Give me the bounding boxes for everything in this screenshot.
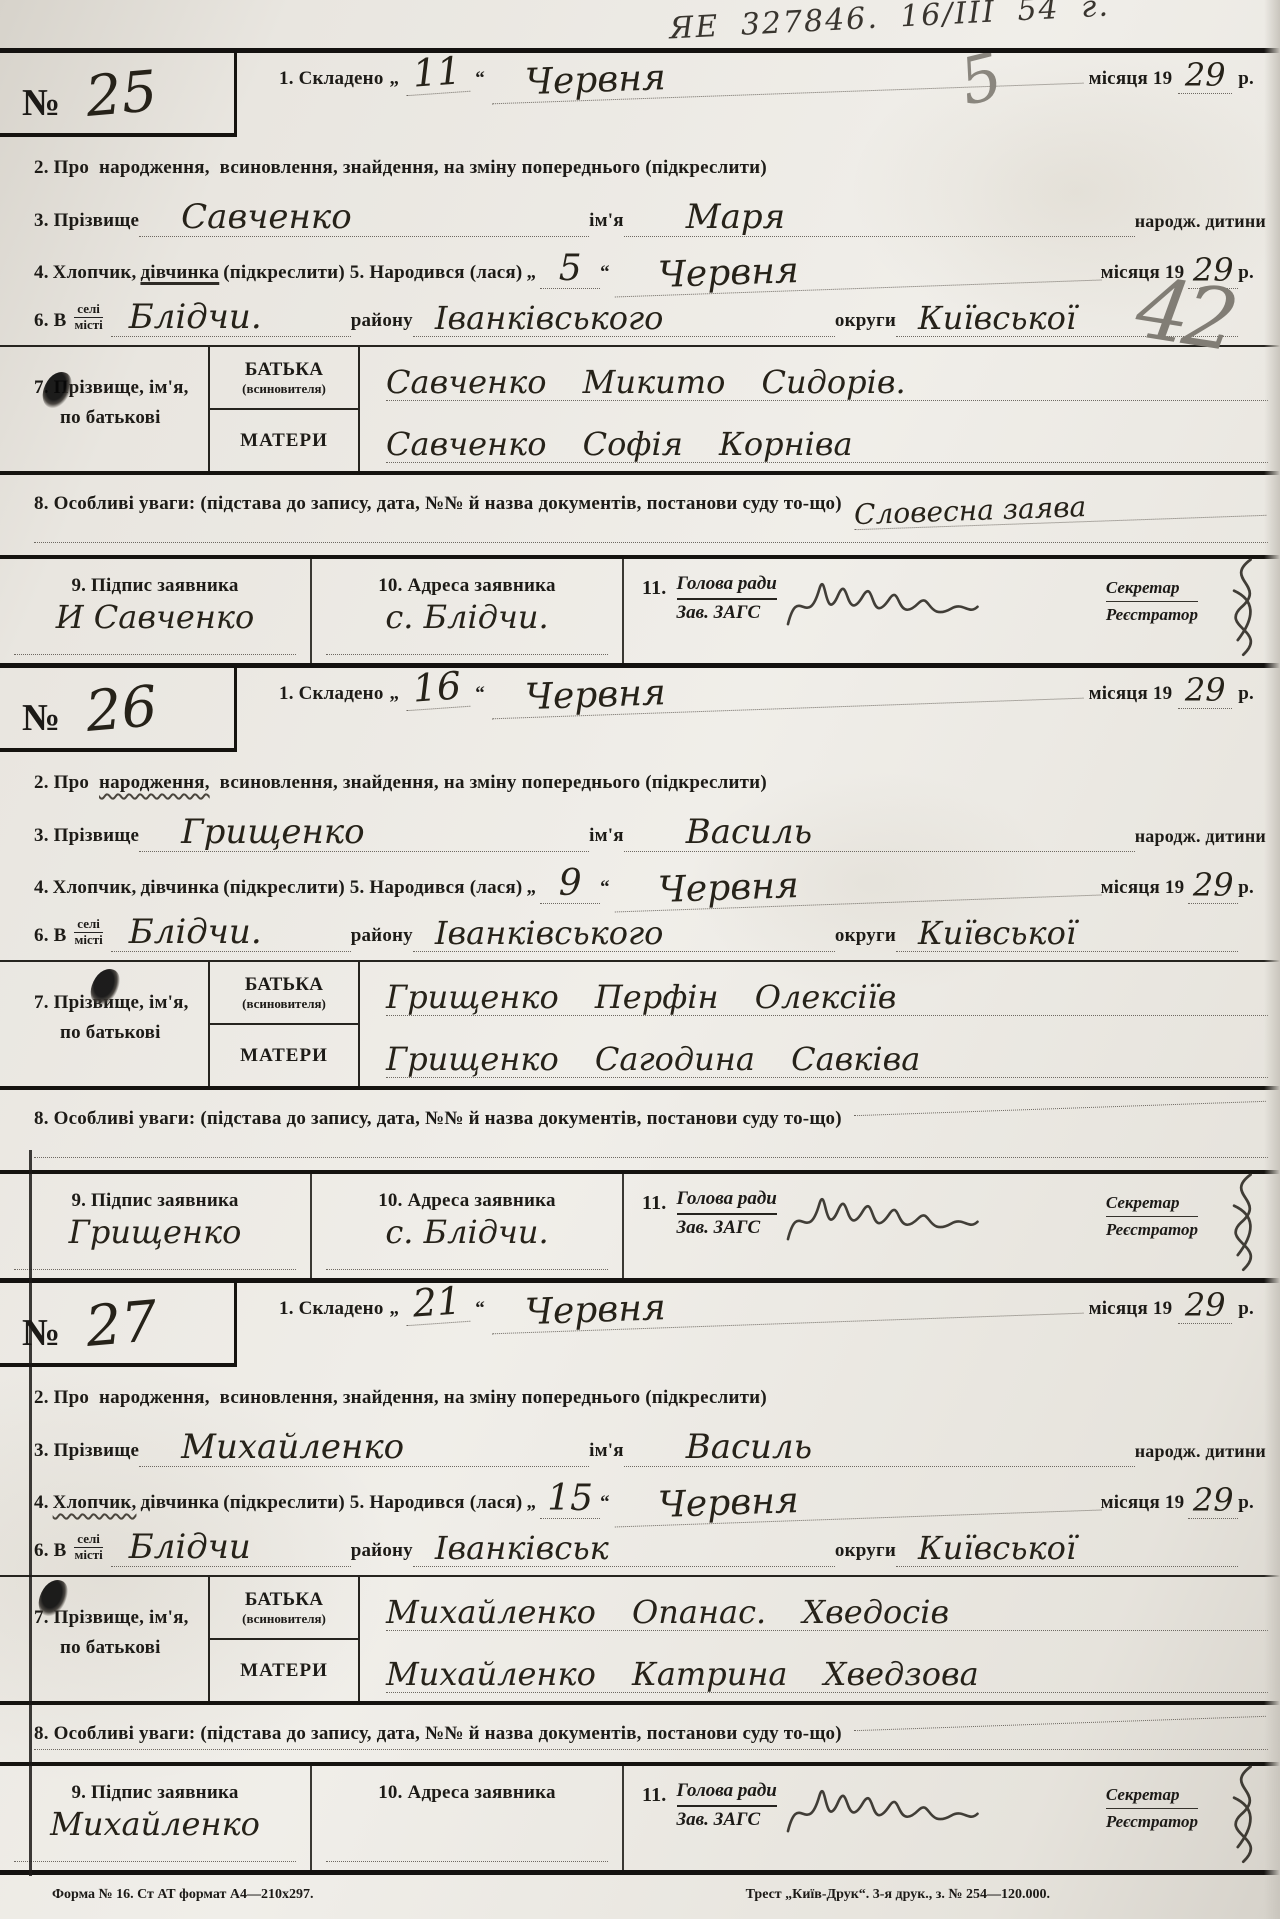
- close-quote: “: [600, 877, 610, 904]
- remarks-value: [854, 1716, 1266, 1731]
- month-label: місяця 19: [1089, 68, 1173, 94]
- child-label: народж. дитини: [1135, 211, 1266, 237]
- father-label: БАТЬКА: [210, 1589, 358, 1611]
- open-quote: „: [390, 1298, 400, 1324]
- raion-label: району: [351, 310, 413, 337]
- month-label: місяця 19: [1101, 877, 1185, 904]
- secretary-label: Секретар Реєстратор: [1106, 1778, 1198, 1836]
- composed-year-value: 29: [1178, 59, 1232, 94]
- birth-record: 5 42 № 26 1. Складено „ 16 “ Червня міся…: [0, 668, 1280, 1283]
- signatures-row: 9. Підпис заявника Грищенко 10. Адреса з…: [0, 1170, 1280, 1278]
- father-value: Михайленко Опанас. Хведосів: [386, 1596, 1268, 1631]
- head-label-line1: Голова ради: [677, 1186, 777, 1215]
- records-list: 5 42 № 25 1. Складено „ 11 “ Червня міся…: [0, 48, 1280, 1875]
- name-label: ім'я: [589, 825, 624, 852]
- place-line: 6. В селі місті Блідчи району Іванківськ…: [0, 1525, 1280, 1577]
- applicant-address: с. Блідчи.: [371, 1216, 563, 1250]
- birth-month-value: Червня: [613, 1472, 1101, 1528]
- parents-mid-column: БАТЬКА (всиновителя) МАТЕРИ: [208, 1577, 360, 1701]
- head-of-council-label: Голова ради Зав. ЗАГС: [677, 571, 777, 625]
- village-option: селі: [74, 302, 102, 318]
- open-quote: „: [526, 1492, 536, 1519]
- remarks-row: 8. Особливі уваги: (підстава до запису, …: [0, 1090, 1280, 1170]
- birth-month-value: Червня: [613, 242, 1101, 298]
- composed-day-value: 11: [404, 53, 471, 96]
- parents-row: 7. Прізвище, ім'я, по батькові БАТЬКА (в…: [0, 1577, 1280, 1705]
- signature-label: 9. Підпис заявника: [71, 1782, 238, 1803]
- close-quote: “: [475, 68, 485, 94]
- year-suffix: р.: [1238, 1298, 1254, 1324]
- father-label: БАТЬКА: [210, 974, 358, 996]
- father-value-cell: Михайленко Опанас. Хведосів: [360, 1577, 1280, 1639]
- born-rest: (підкреслити) 5. Народився (лася): [223, 1492, 522, 1519]
- birth-year-value: 29: [1188, 869, 1238, 904]
- about-pre: 2. Про: [34, 1387, 89, 1408]
- parents-values: Михайленко Опанас. Хведосів Михайленко К…: [360, 1577, 1280, 1701]
- okruha-value: Київської: [896, 917, 1238, 952]
- officials-cell: 11. Голова ради Зав. ЗАГС Секретар Реєст…: [624, 559, 1280, 663]
- surname-value: Михайленко: [139, 1430, 589, 1467]
- officials-cell: 11. Голова ради Зав. ЗАГС Секретар Реєст…: [624, 1174, 1280, 1278]
- mother-value: Савченко Софія Корніва: [386, 428, 1268, 463]
- month-label: місяця 19: [1089, 1298, 1173, 1324]
- parents-row: 7. Прізвище, ім'я, по батькові БАТЬКА (в…: [0, 962, 1280, 1090]
- name-label: ім'я: [589, 1440, 624, 1467]
- item11-number: 11.: [642, 577, 667, 600]
- name-value: Василь: [624, 1430, 1135, 1467]
- year-suffix: р.: [1238, 877, 1254, 904]
- head-label-line2: Зав. ЗАГС: [677, 1217, 761, 1238]
- remarks-label: 8. Особливі уваги: (підстава до запису, …: [34, 493, 842, 515]
- remarks-label: 8. Особливі уваги: (підстава до запису, …: [34, 1108, 842, 1130]
- birth-line: 4. Хлопчик, дівчинка (підкреслити) 5. На…: [0, 1473, 1280, 1525]
- parents-row: 7. Прізвище, ім'я, по батькові БАТЬКА (в…: [0, 347, 1280, 475]
- number-sign: №: [22, 696, 60, 740]
- applicant-address-cell: 10. Адреса заявника с. Блідчи.: [312, 559, 624, 663]
- composed-year-value: 29: [1178, 674, 1232, 709]
- girl-word: дівчинка: [140, 877, 219, 904]
- birth-day-value: 15: [540, 1480, 600, 1519]
- parents-label: 7. Прізвище, ім'я, по батькові: [0, 347, 208, 471]
- record-number-box: № 25: [0, 53, 237, 137]
- close-quote: “: [475, 683, 485, 709]
- secretary-label-line2: Реєстратор: [1106, 1220, 1198, 1239]
- name-value: Василь: [624, 815, 1135, 852]
- okruha-label: округи: [835, 925, 896, 952]
- applicant-signature-cell: 9. Підпис заявника Михайленко: [0, 1766, 312, 1870]
- applicant-address-cell: 10. Адреса заявника: [312, 1766, 624, 1870]
- applicant-signature: И Савченко: [56, 601, 255, 635]
- in-label: 6. В: [34, 1540, 66, 1567]
- year-suffix: р.: [1238, 262, 1254, 289]
- composed-line: 1. Складено „ 16 “ Червня місяця 19 29 р…: [237, 668, 1280, 717]
- raion-value: Іванківського: [413, 302, 835, 337]
- village-value: Блідчи.: [111, 300, 351, 337]
- record-number-box: № 26: [0, 668, 237, 752]
- boy-word: Хлопчик,: [53, 877, 137, 904]
- address-label: 10. Адреса заявника: [378, 575, 556, 596]
- record-header-row: № 25 1. Складено „ 11 “ Червня місяця 19…: [0, 53, 1280, 141]
- okruha-value: Київської: [896, 1532, 1238, 1567]
- address-label: 10. Адреса заявника: [378, 1782, 556, 1803]
- village-town-fraction: селі місті: [74, 1532, 102, 1563]
- address-label: 10. Адреса заявника: [378, 1190, 556, 1211]
- about-birth-word: народження,: [99, 157, 210, 178]
- surname-label: 3. Прізвище: [34, 210, 139, 237]
- mother-value: Михайленко Катрина Хведзова: [386, 1658, 1268, 1693]
- town-option: місті: [74, 1547, 102, 1562]
- in-label: 6. В: [34, 310, 66, 337]
- place-line: 6. В селі місті Блідчи. району Іванківсь…: [0, 910, 1280, 962]
- boy-word: Хлопчик,: [53, 1492, 137, 1519]
- applicant-address: с. Блідчи.: [371, 601, 563, 635]
- item4-number: 4.: [34, 262, 49, 289]
- parents-values: Грищенко Перфін Олексіїв Грищенко Сагоди…: [360, 962, 1280, 1086]
- town-option: місті: [74, 317, 102, 332]
- mother-value-cell: Грищенко Сагодина Савківа: [360, 1024, 1280, 1086]
- month-label: місяця 19: [1089, 683, 1173, 709]
- secretary-signature-scrawl: [1214, 553, 1278, 665]
- parents-mid-column: БАТЬКА (всиновителя) МАТЕРИ: [208, 347, 360, 471]
- composed-label: 1. Складено: [279, 68, 384, 94]
- surname-label: 3. Прізвище: [34, 825, 139, 852]
- composed-day-value: 21: [404, 1283, 471, 1326]
- boy-word: Хлопчик,: [53, 262, 137, 289]
- head-label-line2: Зав. ЗАГС: [677, 602, 761, 623]
- record-header-row: № 26 1. Складено „ 16 “ Червня місяця 19…: [0, 668, 1280, 756]
- about-rest: всиновлення, знайдення, на зміну поперед…: [220, 1387, 767, 1408]
- secretary-label-line1: Секретар: [1106, 1190, 1198, 1217]
- secretary-label: Секретар Реєстратор: [1106, 571, 1198, 629]
- item7-line2: по батькові: [34, 407, 161, 428]
- printing-house-note: Трест „Київ-Друк“. 3-я друк., з. № 254—1…: [746, 1887, 1050, 1919]
- year-suffix: р.: [1238, 683, 1254, 709]
- in-label: 6. В: [34, 925, 66, 952]
- birth-month-value: Червня: [613, 857, 1101, 913]
- page-footer: Форма № 16. Ст АТ формат А4—210x297. Тре…: [0, 1875, 1280, 1919]
- composed-label: 1. Складено: [279, 1298, 384, 1324]
- raion-label: району: [351, 925, 413, 952]
- record-number-value: 27: [84, 1293, 160, 1358]
- head-label-line2: Зав. ЗАГС: [677, 1809, 761, 1830]
- item4-number: 4.: [34, 1492, 49, 1519]
- composed-label: 1. Складено: [279, 683, 384, 709]
- father-label-cell: БАТЬКА (всиновителя): [210, 1577, 358, 1640]
- number-sign: №: [22, 81, 60, 125]
- father-label-cell: БАТЬКА (всиновителя): [210, 962, 358, 1025]
- secretary-label-line1: Секретар: [1106, 575, 1198, 602]
- girl-word: дівчинка: [140, 262, 219, 289]
- head-label-line1: Голова ради: [677, 1778, 777, 1807]
- composed-month-value: Червня: [490, 1283, 1083, 1334]
- father-label: БАТЬКА: [210, 359, 358, 381]
- birth-line: 4. Хлопчик, дівчинка (підкреслити) 5. На…: [0, 858, 1280, 910]
- item4-number: 4.: [34, 877, 49, 904]
- okruha-label: округи: [835, 1540, 896, 1567]
- remarks-value: Словесна заява: [853, 486, 1266, 531]
- father-value: Грищенко Перфін Олексіїв: [386, 981, 1268, 1016]
- village-value: Блідчи.: [111, 915, 351, 952]
- head-signature-scrawl: [781, 567, 981, 643]
- remarks-row: 8. Особливі уваги: (підстава до запису, …: [0, 475, 1280, 555]
- applicant-address-cell: 10. Адреса заявника с. Блідчи.: [312, 1174, 624, 1278]
- year-suffix: р.: [1238, 68, 1254, 94]
- about-line: 2. Про народження, всиновлення, знайденн…: [0, 1371, 1280, 1417]
- child-label: народж. дитини: [1135, 1441, 1266, 1467]
- surname-value: Грищенко: [139, 815, 589, 852]
- composed-day-value: 16: [404, 668, 471, 711]
- name-line: 3. Прізвище Михайленко ім'я Василь народ…: [0, 1417, 1280, 1473]
- birth-line: 4. Хлопчик, дівчинка (підкреслити) 5. На…: [0, 243, 1280, 295]
- about-birth-word: народження,: [99, 1387, 210, 1408]
- open-quote: „: [390, 683, 400, 709]
- applicant-signature-cell: 9. Підпис заявника Грищенко: [0, 1174, 312, 1278]
- officials-cell: 11. Голова ради Зав. ЗАГС Секретар Реєст…: [624, 1766, 1280, 1870]
- remarks-row: 8. Особливі уваги: (підстава до запису, …: [0, 1705, 1280, 1762]
- raion-value: Іванківськ: [413, 1532, 835, 1567]
- born-rest: (підкреслити) 5. Народився (лася): [223, 877, 522, 904]
- mother-label-cell: МАТЕРИ: [210, 410, 358, 471]
- item7-line2: по батькові: [34, 1637, 161, 1658]
- composed-line: 1. Складено „ 21 “ Червня місяця 19 29 р…: [237, 1283, 1280, 1332]
- father-sublabel: (всиновителя): [210, 1611, 358, 1627]
- applicant-signature-cell: 9. Підпис заявника И Савченко: [0, 559, 312, 663]
- record-number-value: 26: [84, 678, 160, 743]
- surname-label: 3. Прізвище: [34, 1440, 139, 1467]
- father-value: Савченко Микито Сидорів.: [386, 366, 1268, 401]
- close-quote: “: [600, 262, 610, 289]
- okruha-label: округи: [835, 310, 896, 337]
- birth-day-value: 9: [540, 865, 600, 904]
- close-quote: “: [600, 1492, 610, 1519]
- remarks-label: 8. Особливі уваги: (підстава до запису, …: [34, 1723, 842, 1745]
- head-of-council-label: Голова ради Зав. ЗАГС: [677, 1186, 777, 1240]
- about-rest: всиновлення, знайдення, на зміну поперед…: [220, 772, 767, 793]
- record-number-box: № 27: [0, 1283, 237, 1367]
- mother-label: МАТЕРИ: [210, 1660, 358, 1682]
- signatures-row: 9. Підпис заявника И Савченко 10. Адреса…: [0, 555, 1280, 663]
- surname-value: Савченко: [139, 200, 589, 237]
- about-pre: 2. Про: [34, 772, 89, 793]
- secretary-signature-scrawl: [1214, 1760, 1278, 1872]
- form-number-note: Форма № 16. Ст АТ формат А4—210x297.: [52, 1887, 313, 1919]
- month-label: місяця 19: [1101, 1492, 1185, 1519]
- item11-number: 11.: [642, 1192, 667, 1215]
- parents-mid-column: БАТЬКА (всиновителя) МАТЕРИ: [208, 962, 360, 1086]
- place-line: 6. В селі місті Блідчи. району Іванківсь…: [0, 295, 1280, 347]
- raion-value: Іванківського: [413, 917, 835, 952]
- name-line: 3. Прізвище Савченко ім'я Маря народж. д…: [0, 187, 1280, 243]
- village-town-fraction: селі місті: [74, 917, 102, 948]
- village-town-fraction: селі місті: [74, 302, 102, 333]
- item11-number: 11.: [642, 1784, 667, 1807]
- father-value-cell: Грищенко Перфін Олексіїв: [360, 962, 1280, 1024]
- remarks-value: [854, 1101, 1266, 1116]
- birth-record: 5 42 № 27 1. Складено „ 21 “ Червня міся…: [0, 1283, 1280, 1875]
- head-signature-scrawl: [781, 1774, 981, 1850]
- applicant-signature: Михайленко: [50, 1808, 260, 1842]
- signatures-row: 9. Підпис заявника Михайленко 10. Адреса…: [0, 1762, 1280, 1870]
- name-line: 3. Прізвище Грищенко ім'я Василь народж.…: [0, 802, 1280, 858]
- name-label: ім'я: [589, 210, 624, 237]
- about-pre: 2. Про: [34, 157, 89, 178]
- birth-year-value: 29: [1188, 1484, 1238, 1519]
- open-quote: „: [390, 68, 400, 94]
- mother-value-cell: Михайленко Катрина Хведзова: [360, 1639, 1280, 1701]
- about-line: 2. Про народження, всиновлення, знайденн…: [0, 141, 1280, 187]
- parents-values: Савченко Микито Сидорів. Савченко Софія …: [360, 347, 1280, 471]
- head-label-line1: Голова ради: [677, 571, 777, 600]
- name-value: Маря: [624, 200, 1135, 237]
- village-option: селі: [74, 1532, 102, 1548]
- secretary-signature-scrawl: [1214, 1168, 1278, 1280]
- head-signature-scrawl: [781, 1182, 981, 1258]
- about-rest: всиновлення, знайдення, на зміну поперед…: [220, 157, 767, 178]
- about-birth-word: народження,: [99, 772, 210, 793]
- applicant-signature: Грищенко: [59, 1216, 251, 1250]
- town-option: місті: [74, 932, 102, 947]
- open-quote: „: [526, 262, 536, 289]
- birth-day-value: 5: [540, 250, 600, 289]
- mother-value: Грищенко Сагодина Савківа: [386, 1043, 1268, 1078]
- composed-line: 1. Складено „ 11 “ Червня місяця 19 29 р…: [237, 53, 1280, 102]
- mother-label-cell: МАТЕРИ: [210, 1640, 358, 1701]
- composed-month-value: Червня: [490, 668, 1083, 719]
- secretary-label-line1: Секретар: [1106, 1782, 1198, 1809]
- pencil-mark-side: 42: [1130, 258, 1239, 370]
- secretary-label-line2: Реєстратор: [1106, 605, 1198, 624]
- archival-annotation: ЯЕ 327846. 16/ІІІ 54 г.: [668, 0, 1110, 47]
- mother-value-cell: Савченко Софія Корніва: [360, 409, 1280, 471]
- item7-line2: по батькові: [34, 1022, 161, 1043]
- open-quote: „: [526, 877, 536, 904]
- mother-label-cell: МАТЕРИ: [210, 1025, 358, 1086]
- record-header-row: № 27 1. Складено „ 21 “ Червня місяця 19…: [0, 1283, 1280, 1371]
- top-margin: ЯЕ 327846. 16/ІІІ 54 г.: [0, 0, 1280, 48]
- birth-record: 5 42 № 25 1. Складено „ 11 “ Червня міся…: [0, 53, 1280, 668]
- signature-label: 9. Підпис заявника: [71, 575, 238, 596]
- village-value: Блідчи: [111, 1530, 351, 1567]
- child-label: народж. дитини: [1135, 826, 1266, 852]
- father-label-cell: БАТЬКА (всиновителя): [210, 347, 358, 410]
- village-option: селі: [74, 917, 102, 933]
- year-suffix: р.: [1238, 1492, 1254, 1519]
- mother-label: МАТЕРИ: [210, 430, 358, 452]
- number-sign: №: [22, 1311, 60, 1355]
- father-sublabel: (всиновителя): [210, 381, 358, 397]
- mother-label: МАТЕРИ: [210, 1045, 358, 1067]
- parents-label: 7. Прізвище, ім'я, по батькові: [0, 1577, 208, 1701]
- signature-label: 9. Підпис заявника: [71, 1190, 238, 1211]
- secretary-label: Секретар Реєстратор: [1106, 1186, 1198, 1244]
- close-quote: “: [475, 1298, 485, 1324]
- scanned-registry-page: ЯЕ 327846. 16/ІІІ 54 г. 5 42 № 25 1. Скл…: [0, 0, 1280, 1919]
- record-number-value: 25: [84, 63, 160, 128]
- about-line: 2. Про народження, всиновлення, знайденн…: [0, 756, 1280, 802]
- head-of-council-label: Голова ради Зав. ЗАГС: [677, 1778, 777, 1832]
- composed-year-value: 29: [1178, 1289, 1232, 1324]
- father-sublabel: (всиновителя): [210, 996, 358, 1012]
- girl-word: дівчинка: [140, 1492, 219, 1519]
- secretary-label-line2: Реєстратор: [1106, 1812, 1198, 1831]
- raion-label: району: [351, 1540, 413, 1567]
- born-rest: (підкреслити) 5. Народився (лася): [223, 262, 522, 289]
